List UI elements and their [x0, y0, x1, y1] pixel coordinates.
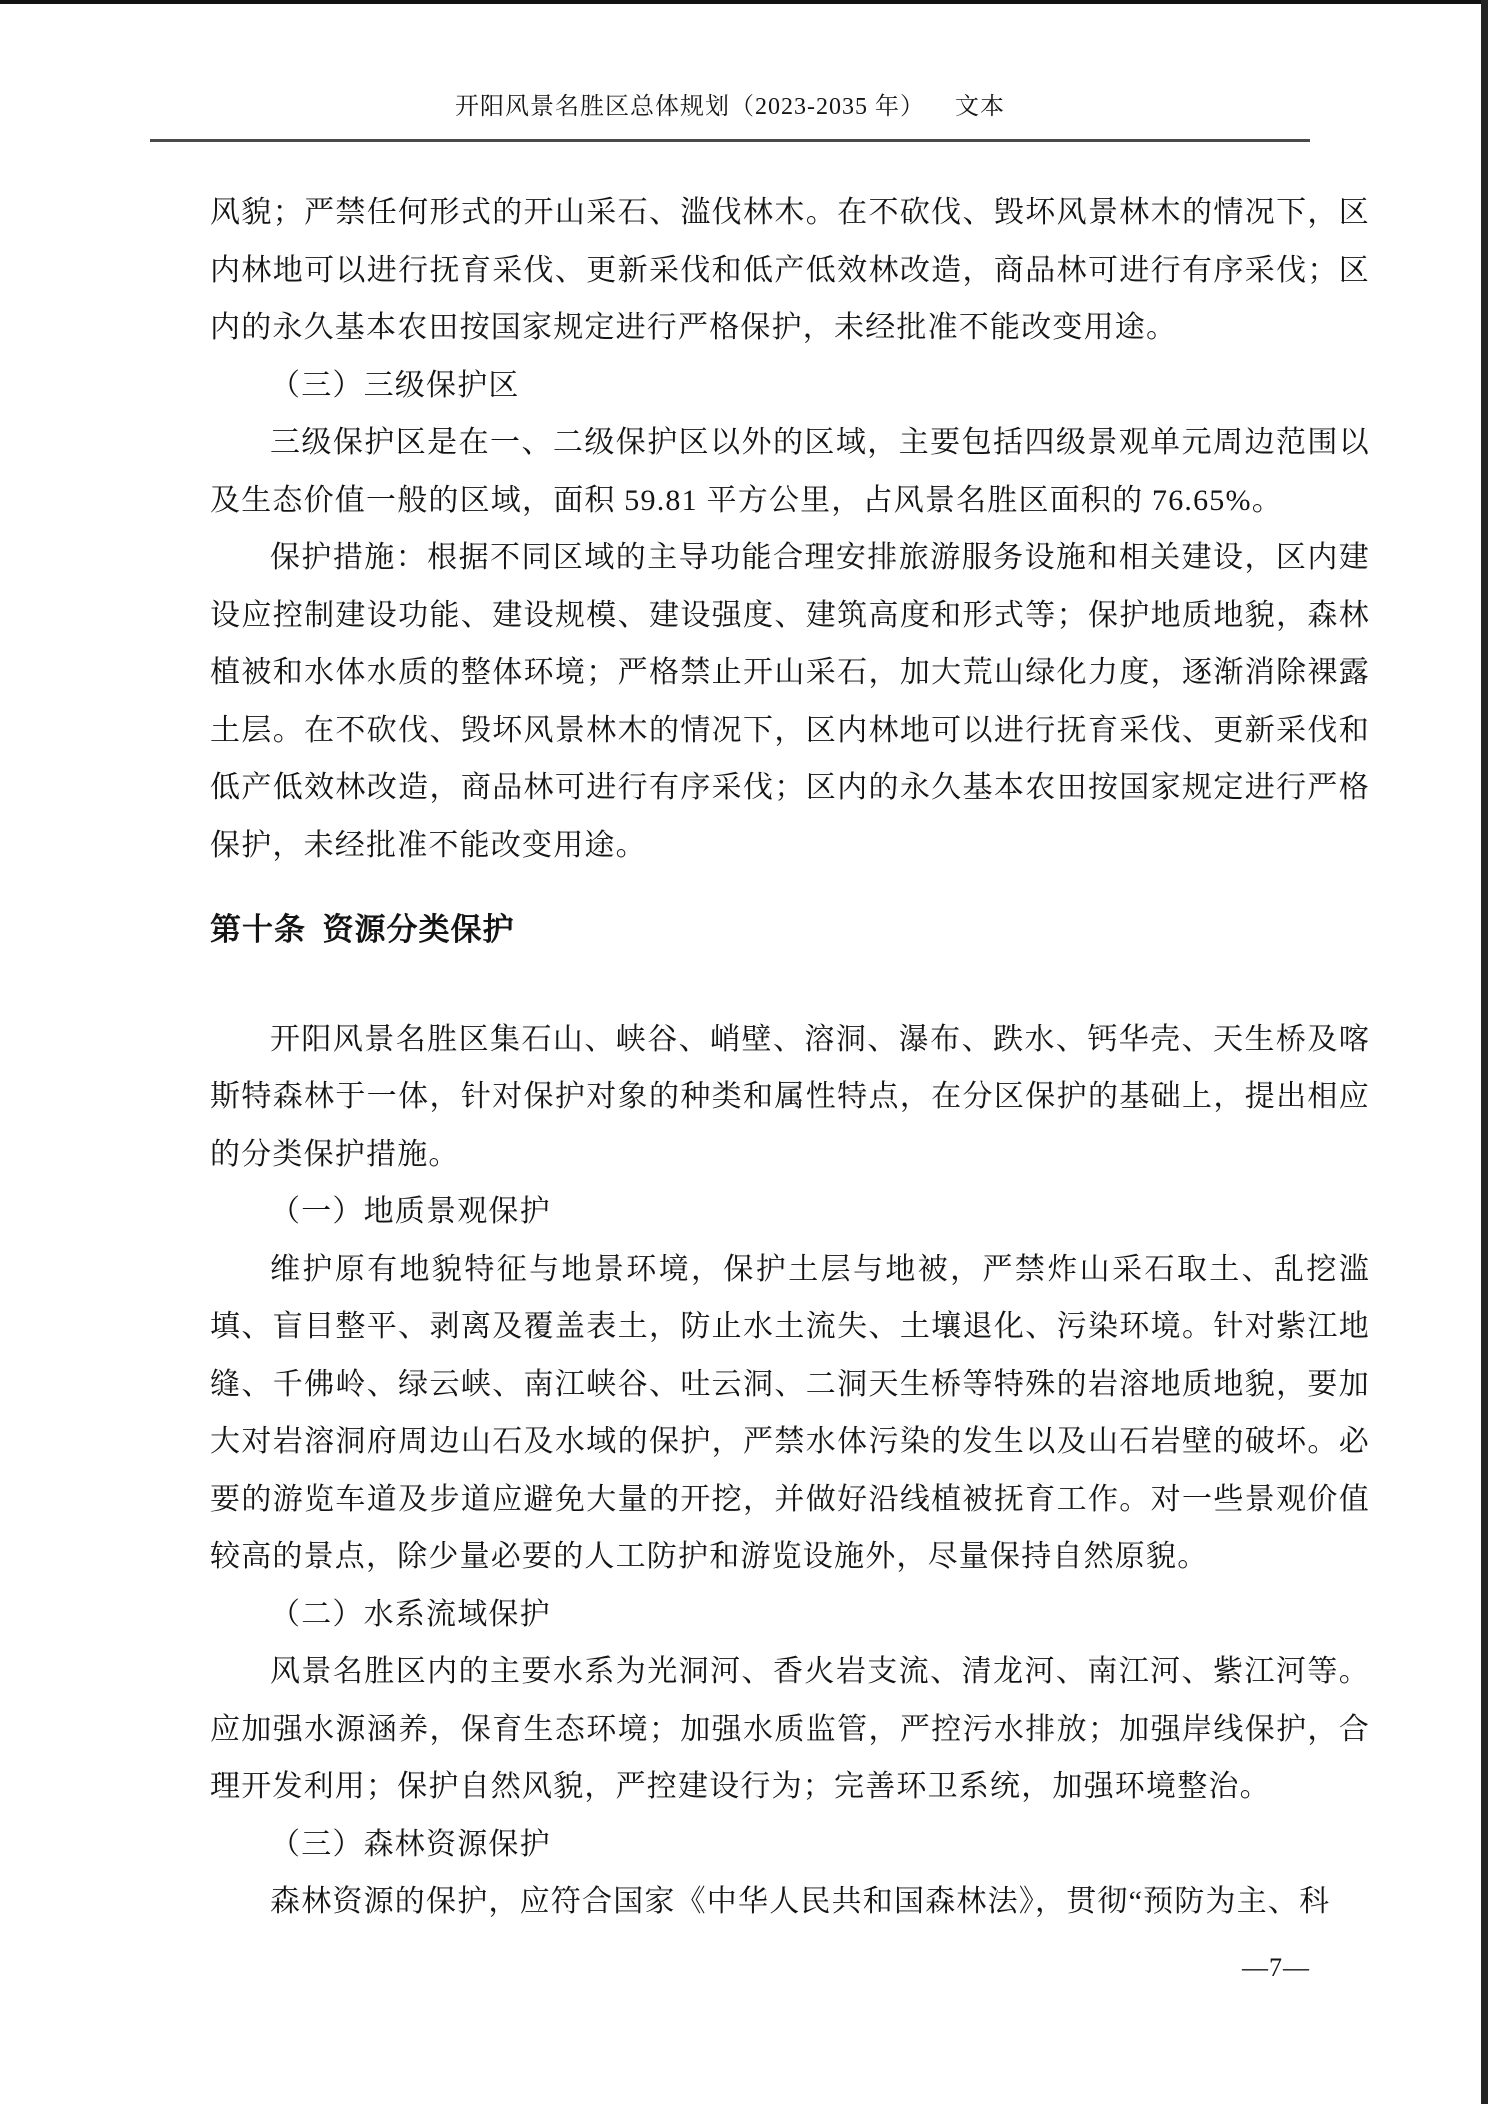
- header-doc-label: 文本: [955, 94, 1005, 120]
- sub-heading-water-system: （二）水系流域保护: [210, 1586, 1370, 1644]
- article-heading: 第十条 资源分类保护: [210, 901, 1370, 959]
- header-title: 开阳风景名胜区总体规划（2023-2035 年）: [455, 94, 925, 120]
- sub-heading-third-protection-zone: （三）三级保护区: [210, 357, 1370, 415]
- paragraph: 开阳风景名胜区集石山、峡谷、峭壁、溶洞、瀑布、跌水、钙华壳、天生桥及喀斯特森林于…: [210, 1011, 1370, 1184]
- paragraph: 维护原有地貌特征与地景环境，保护土层与地被，严禁炸山采石取土、乱挖滥填、盲目整平…: [210, 1241, 1370, 1586]
- header-rule: [150, 139, 1310, 142]
- page-number: —7—: [150, 1950, 1310, 1986]
- paragraph-continuation: 风貌；严禁任何形式的开山采石、滥伐林木。在不砍伐、毁坏风景林木的情况下，区内林地…: [210, 184, 1370, 357]
- paragraph: 风景名胜区内的主要水系为光洞河、香火岩支流、清龙河、南江河、紫江河等。应加强水源…: [210, 1643, 1370, 1816]
- document-page: 开阳风景名胜区总体规划（2023-2035 年）文本 风貌；严禁任何形式的开山采…: [0, 0, 1488, 2104]
- scan-edge-right: [1481, 0, 1488, 2104]
- paragraph: 三级保护区是在一、二级保护区以外的区域，主要包括四级景观单元周边范围以及生态价值…: [210, 414, 1370, 529]
- sub-heading-geological-landscape: （一）地质景观保护: [210, 1183, 1370, 1241]
- scan-edge-top: [0, 0, 1488, 4]
- paragraph: 保护措施：根据不同区域的主导功能合理安排旅游服务设施和相关建设，区内建设应控制建…: [210, 529, 1370, 874]
- sub-heading-forest-resources: （三）森林资源保护: [210, 1816, 1370, 1874]
- document-body: 风貌；严禁任何形式的开山采石、滥伐林木。在不砍伐、毁坏风景林木的情况下，区内林地…: [210, 184, 1370, 1931]
- page-header: 开阳风景名胜区总体规划（2023-2035 年）文本: [150, 90, 1310, 124]
- paragraph: 森林资源的保护，应符合国家《中华人民共和国森林法》，贯彻“预防为主、科: [210, 1873, 1370, 1931]
